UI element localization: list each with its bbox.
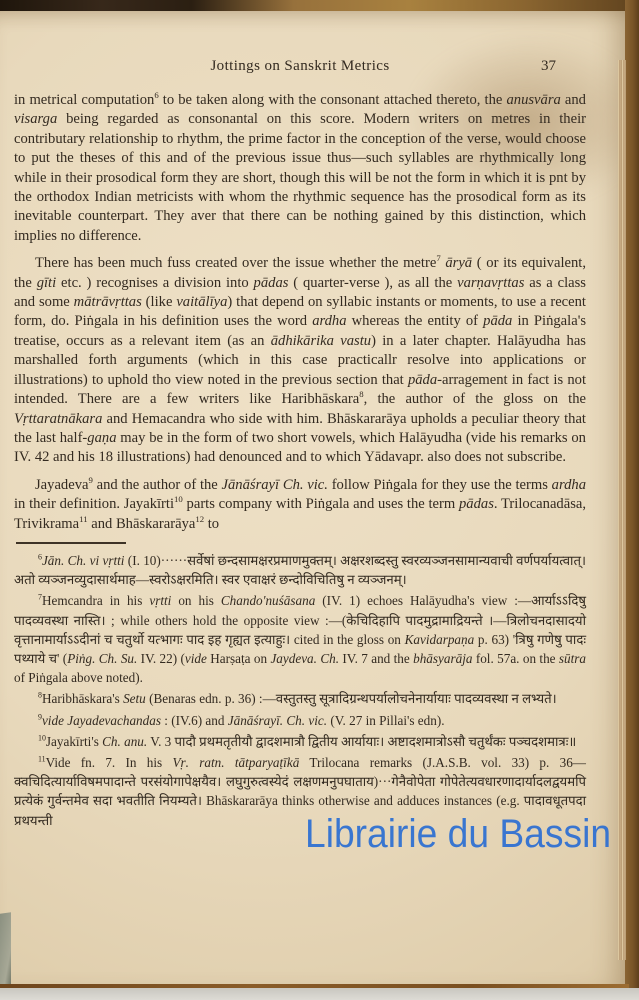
stacked-page-edges: [618, 60, 626, 960]
footnotes-section: 6Jān. Ch. vi vṛtti (I. 10)······सर्वेषां…: [14, 551, 586, 830]
text-run: There has been much fuss created over th…: [35, 255, 436, 271]
text-run: , the author of the gloss on the: [364, 391, 586, 407]
italic-term: gaṇa: [87, 430, 116, 446]
italic-term: pādas: [459, 496, 494, 512]
text-run: IV. 22) (: [137, 651, 185, 666]
italic-term: sūtra: [559, 651, 586, 666]
body-paragraph-3: Jayadeva9 and the author of the Jānāśray…: [14, 476, 586, 534]
book-photo: Jottings on Sanskrit Metrics 37 in metri…: [0, 0, 639, 1000]
footnote-ref: 12: [195, 514, 204, 524]
table-bottom-mat: [0, 988, 639, 1000]
text-run: V. 3 पादौ प्रथमतृतीयौ द्वादशमात्रौ द्वित…: [147, 734, 576, 749]
text-run: etc. ) recognises a division into: [56, 275, 253, 291]
text-run: (V. 27 in Pillai's edn).: [327, 713, 445, 728]
footnote-ref: 11: [38, 755, 46, 764]
text-run: in their definition. Jayakīrti: [14, 496, 174, 512]
footnote-7: 7Hemcandra in his vṛtti on his Chando'nu…: [14, 591, 586, 687]
italic-term: Kavidarpaṇa: [405, 632, 475, 647]
footnote-10: 10Jayakīrti's Ch. anu. V. 3 पादौ प्रथमतृ…: [14, 732, 586, 751]
italic-term: varṇavṛttas: [457, 275, 524, 291]
text-run: of Piṅgala above noted).: [14, 670, 143, 685]
footnote-ref: 10: [174, 494, 183, 504]
text-run: Hemcandra in his: [42, 593, 149, 608]
italic-term: āryā: [445, 255, 472, 271]
italic-term: Jānāśrayī Ch. vic.: [222, 477, 328, 493]
text-run: and: [561, 92, 586, 108]
text-run: and Bhāskararāya: [88, 516, 196, 532]
text-run: Vide fn. 7. In his: [46, 755, 173, 770]
text-run: Haribhāskara's: [42, 691, 123, 706]
italic-term: vaitālīya: [176, 294, 227, 310]
italic-term: visarga: [14, 111, 57, 127]
italic-term: Setu: [123, 691, 146, 706]
text-run: Jayadeva: [35, 477, 88, 493]
footnote-8: 8Haribhāskara's Setu (Benaras edn. p. 36…: [14, 689, 586, 708]
running-head: Jottings on Sanskrit Metrics: [14, 58, 586, 75]
text-run: (like: [142, 294, 177, 310]
italic-term: bhāsyarāja: [413, 651, 472, 666]
text-run: and the author of the: [93, 477, 222, 493]
footnote-6: 6Jān. Ch. vi vṛtti (I. 10)······सर्वेषां…: [14, 551, 586, 589]
book-cover-left-edge: [0, 912, 11, 989]
italic-term: vide Jayadevachandas: [42, 713, 161, 728]
italic-term: pāda: [408, 372, 437, 388]
text-run: on his: [171, 593, 221, 608]
italic-term: vṛtti: [149, 593, 171, 608]
italic-term: Jān. Ch. vi vṛtti: [42, 553, 125, 568]
italic-term: Ch. anu.: [102, 734, 147, 749]
italic-term: ardha: [552, 477, 586, 493]
italic-term: anusvāra: [506, 92, 560, 108]
text-run: : (IV.6) and: [161, 713, 228, 728]
printed-content: Jottings on Sanskrit Metrics 37 in metri…: [14, 11, 586, 832]
body-text: in metrical computation6 to be taken alo…: [14, 91, 586, 534]
text-run: to: [204, 516, 219, 532]
text-run: IV. 7 and the: [339, 651, 413, 666]
page-header: Jottings on Sanskrit Metrics 37: [14, 58, 586, 78]
text-run: Harṣaṭa on: [207, 651, 271, 666]
page-number: 37: [541, 58, 556, 75]
body-paragraph-2: There has been much fuss created over th…: [14, 254, 586, 467]
text-run: follow Piṅgala for they use the terms: [328, 477, 552, 493]
italic-term: Piṅg. Ch. Su.: [67, 651, 137, 666]
text-run: to be taken along with the consonant att…: [159, 92, 507, 108]
footnote-separator-rule: [16, 542, 126, 544]
footnote-9: 9vide Jayadevachandas : (IV.6) and Jānāś…: [14, 711, 586, 730]
footnote-ref: 11: [79, 514, 87, 524]
text-run: Jayakīrti's: [46, 734, 102, 749]
italic-term: gīti: [37, 275, 56, 291]
italic-term: Jānāśrayī. Ch. vic.: [228, 713, 327, 728]
book-cover-right-edge: [625, 0, 639, 1000]
italic-term: vide: [185, 651, 207, 666]
text-run: whereas the entity of: [347, 313, 484, 329]
italic-term: Jaydeva. Ch.: [270, 651, 339, 666]
text-run: in metrical computation: [14, 92, 154, 108]
italic-term: Vṛttaratnākara: [14, 411, 102, 427]
bookseller-watermark: Librairie du Bassin: [305, 812, 611, 857]
italic-term: pāda: [483, 313, 512, 329]
italic-term: ardha: [312, 313, 346, 329]
italic-term: Vṛ. ratn. tātparyaṭīkā: [172, 755, 299, 770]
footnote-ref: 10: [38, 733, 46, 742]
body-paragraph-1: in metrical computation6 to be taken alo…: [14, 91, 586, 246]
italic-term: mātrāvṛttas: [74, 294, 142, 310]
italic-term: pādas: [254, 275, 289, 291]
text-run: being regarded as consonantal on this sc…: [14, 111, 586, 243]
italic-term: Chando'nuśāsana: [221, 593, 315, 608]
text-run: ( quarter-verse ), as all the: [288, 275, 457, 291]
text-run: (Benaras edn. p. 36) :—वस्तुतस्तु सूत्रा…: [146, 691, 557, 706]
text-run: fol. 57a. on the: [472, 651, 558, 666]
text-run: parts company with Piṅgala and uses the …: [183, 496, 459, 512]
italic-term: ādhikārika vastu: [271, 333, 371, 349]
